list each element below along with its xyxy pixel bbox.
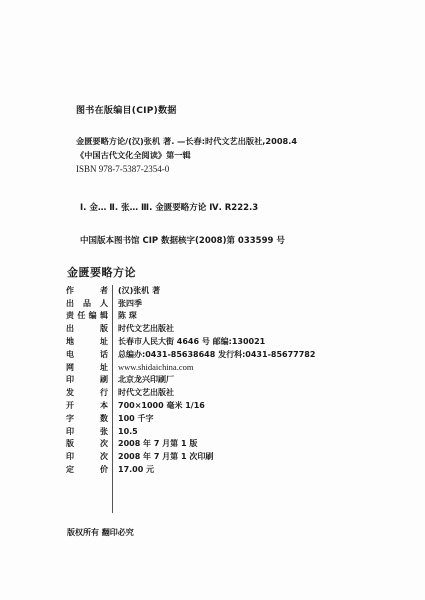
info-value: 10.5	[112, 427, 138, 436]
book-title: 金匮要略方论	[67, 264, 136, 280]
info-label: 定价	[66, 464, 112, 475]
info-value: 总编办:0431-85638648 发行科:0431-85677782	[112, 349, 315, 360]
cip-entry-line: 金匮要略方论/(汉)张机 著. —长春:时代文艺出版社,2008.4	[76, 136, 297, 147]
info-value: 张四季	[112, 298, 142, 309]
info-value: 陈 琛	[112, 310, 137, 321]
info-value: 2008 年 7 月第 1 次印刷	[112, 451, 213, 462]
cip-isbn-line: ISBN 978-7-5387-2354-0	[76, 164, 169, 174]
copyright-page: 图书在版编目(CIP)数据 金匮要略方论/(汉)张机 著. —长春:时代文艺出版…	[0, 0, 425, 600]
publication-info-table: 作者 (汉)张机 著 出品人 张四季 责任编辑 陈 琛 出版 时代文艺出版社 地…	[66, 284, 366, 476]
info-value: 17.00 元	[112, 464, 154, 475]
table-divider	[112, 285, 113, 513]
info-value: 长春市人民大街 4646 号 邮编:130021	[112, 336, 265, 347]
cip-heading: 图书在版编目(CIP)数据	[76, 103, 177, 116]
info-label: 网址	[66, 362, 112, 373]
info-value: 时代文艺出版社	[112, 323, 174, 334]
info-label: 字数	[66, 413, 112, 424]
info-value: 北京龙兴印刷厂	[112, 374, 174, 385]
info-label: 版次	[66, 438, 112, 449]
info-label: 责任编辑	[66, 310, 112, 321]
info-value: www.shidaichina.com	[112, 362, 193, 372]
info-value: (汉)张机 著	[112, 285, 160, 296]
info-label: 作者	[66, 285, 112, 296]
info-label: 地址	[66, 336, 112, 347]
info-label: 印次	[66, 451, 112, 462]
info-label: 发行	[66, 387, 112, 398]
info-label: 开本	[66, 400, 112, 411]
info-label: 印张	[66, 426, 112, 437]
info-label: 出品人	[66, 298, 112, 309]
copyright-notice: 版权所有 翻印必究	[67, 527, 134, 538]
cip-classification: Ⅰ. 金… Ⅱ. 张… Ⅲ. 金匮要略方论 Ⅳ. R222.3	[80, 201, 258, 213]
info-value: 700×1000 毫米 1/16	[112, 400, 205, 411]
info-value: 100 千字	[112, 413, 153, 424]
info-value: 2008 年 7 月第 1 版	[112, 438, 197, 449]
cip-series-line: 《中国古代文化全阅读》第一辑	[76, 150, 191, 161]
info-value: 时代文艺出版社	[112, 387, 174, 398]
info-label: 电话	[66, 349, 112, 360]
cip-verification-number: 中国版本图书馆 CIP 数据核字(2008)第 033599 号	[80, 234, 285, 246]
info-label: 印刷	[66, 374, 112, 385]
info-label: 出版	[66, 323, 112, 334]
